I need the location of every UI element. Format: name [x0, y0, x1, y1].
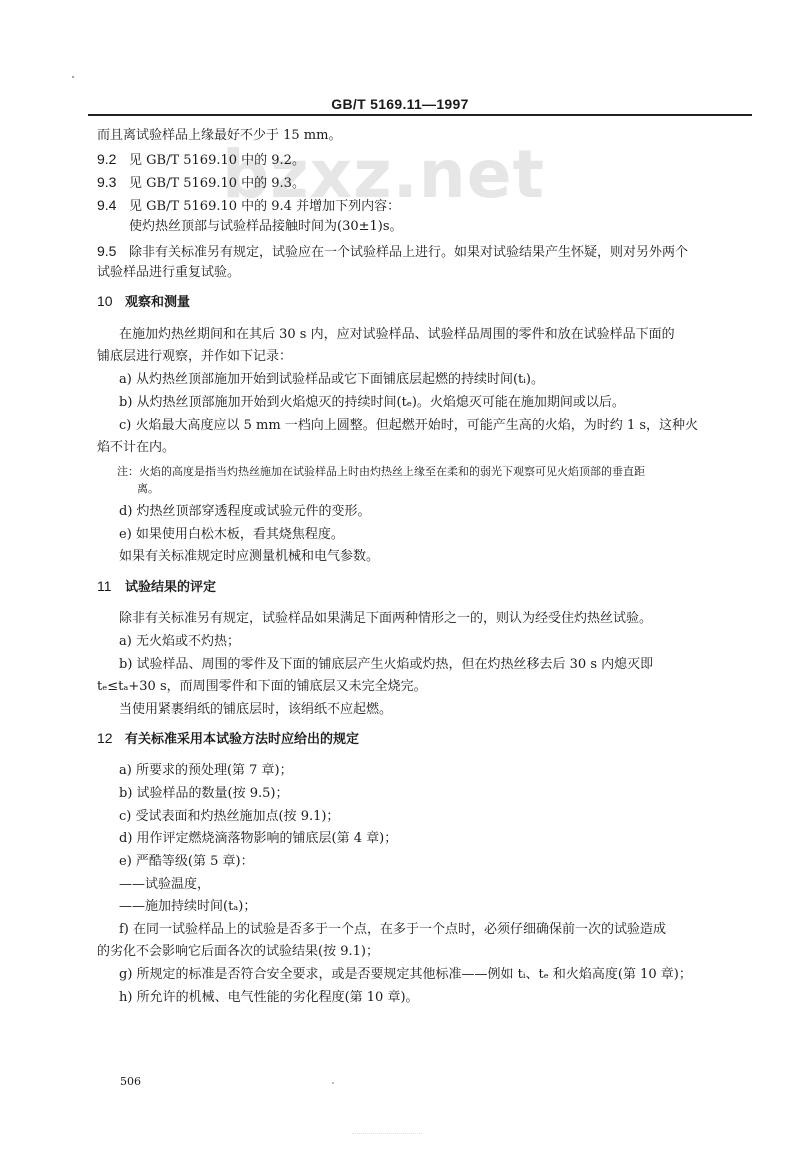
s12-item-e: e) 严酷等级(第 5 章)： [119, 853, 254, 871]
s10-item-c: c) 火焰最大高度应以 5 mm 一档向上圆整。但起燃开始时，可能产生高的火焰，… [119, 417, 698, 435]
s10-item-a: a) 从灼热丝顶部施加开始到试验样品或它下面铺底层起燃的持续时间(tᵢ)。 [119, 371, 544, 389]
clause-9-2: 9.2见 GB/T 5169.10 中的 9.2。 [97, 150, 305, 170]
s10-note: 注：火焰的高度是指当灼热丝施加在试验样品上时由灼热丝上缘至在柔和的弱光下观察可见… [117, 464, 645, 480]
s10-item-c-cont: 焰不计在内。 [97, 439, 175, 457]
header-rule [88, 114, 752, 116]
clause-9-4-addition: 使灼热丝顶部与试验样品接触时间为(30±1)s。 [129, 218, 403, 236]
scan-artifact [352, 1133, 422, 1136]
section-11-heading: 11试验结果的评定 [97, 577, 216, 597]
s11-item-b-cont: tₑ≤tₐ+30 s，而周围零件和下面的铺底层又未完全烧完。 [97, 678, 427, 696]
clause-9-5: 9.5除非有关标准另有规定，试验应在一个试验样品上进行。如果对试验结果产生怀疑，… [97, 242, 688, 262]
clause-text: 见 GB/T 5169.10 中的 9.2。 [129, 153, 305, 168]
clause-9-4: 9.4见 GB/T 5169.10 中的 9.4 并增加下列内容： [97, 196, 400, 216]
s10-item-e: e) 如果使用白松木板，看其烧焦程度。 [119, 526, 344, 544]
standard-header: GB/T 5169.11—1997 [0, 96, 800, 112]
clause-9-3: 9.3见 GB/T 5169.10 中的 9.3。 [97, 173, 305, 193]
section-title: 有关标准采用本试验方法时应给出的规定 [125, 732, 359, 747]
clause-number: 9.5 [97, 242, 129, 260]
s12-item-f-cont: 的劣化不会影响它后面各次的试验结果(按 9.1)； [97, 943, 379, 961]
page-number: 506 [120, 1075, 141, 1088]
clause-number: 9.3 [97, 173, 129, 191]
s12-item-f: f) 在同一试验样品上的试验是否多于一个点，在多于一个点时，必须仔细确保前一次的… [119, 921, 666, 939]
section-number: 10 [97, 292, 125, 310]
paragraph-continuation: 而且离试验样品上缘最好不少于 15 mm。 [97, 127, 341, 145]
s10-note-cont: 离。 [137, 481, 159, 497]
clause-number: 9.2 [97, 150, 129, 168]
s11-intro: 除非有关标准另有规定，试验样品如果满足下面两种情形之一的，则认为经受住灼热丝试验… [119, 610, 652, 628]
s12-item-h: h) 所允许的机械、电气性能的劣化程度(第 10 章)。 [119, 989, 419, 1007]
s12-item-b: b) 试验样品的数量(按 9.5)； [119, 785, 288, 803]
clause-text: 见 GB/T 5169.10 中的 9.3。 [129, 176, 305, 191]
section-12-heading: 12有关标准采用本试验方法时应给出的规定 [97, 729, 359, 749]
s10-item-b: b) 从灼热丝顶部施加开始到火焰熄灭的持续时间(tₑ)。火焰熄灭可能在施加期间或… [119, 394, 625, 412]
s11-item-b: b) 试验样品、周围的零件及下面的铺底层产生火焰或灼热，但在灼热丝移去后 30 … [119, 656, 653, 674]
s12-item-c: c) 受试表面和灼热丝施加点(按 9.1)； [119, 808, 339, 826]
clause-number: 9.4 [97, 196, 129, 214]
section-number: 11 [97, 577, 125, 595]
s12-item-d: d) 用作评定燃烧滴落物影响的铺底层(第 4 章)； [119, 830, 397, 848]
clause-text: 除非有关标准另有规定，试验应在一个试验样品上进行。如果对试验结果产生怀疑，则对另… [129, 245, 688, 260]
clause-text: 见 GB/T 5169.10 中的 9.4 并增加下列内容： [129, 199, 400, 214]
s10-intro-2: 铺底层进行观察，并作如下记录： [97, 348, 292, 366]
s12-item-g: g) 所规定的标准是否符合安全要求，或是否要规定其他标准——例如 tᵢ、tₑ 和… [119, 966, 692, 984]
s12-item-a: a) 所要求的预处理(第 7 章)； [119, 762, 293, 780]
s12-item-e-dash-2: ——施加持续时间(tₐ)； [119, 898, 256, 916]
section-10-heading: 10观察和测量 [97, 292, 190, 312]
s10-closing: 如果有关标准规定时应测量机械和电气参数。 [119, 548, 379, 566]
section-number: 12 [97, 729, 125, 747]
s10-intro-1: 在施加灼热丝期间和在其后 30 s 内，应对试验样品、试验样品周围的零件和放在试… [119, 326, 675, 344]
clause-9-5-cont: 试验样品进行重复试验。 [97, 264, 240, 282]
section-title: 观察和测量 [125, 295, 190, 310]
s12-item-e-dash-1: ——试验温度， [119, 876, 210, 894]
scan-speck [332, 1082, 334, 1084]
scan-speck [72, 76, 74, 78]
document-page: GB/T 5169.11—1997 bzxz.net 而且离试验样品上缘最好不少… [0, 0, 800, 1169]
s11-item-a: a) 无火焰或不灼热； [119, 633, 240, 651]
s10-item-d: d) 灼热丝顶部穿透程度或试验元件的变形。 [119, 503, 371, 521]
section-title: 试验结果的评定 [125, 580, 216, 595]
s11-closing: 当使用紧裹绢纸的铺底层时，该绢纸不应起燃。 [119, 701, 392, 719]
